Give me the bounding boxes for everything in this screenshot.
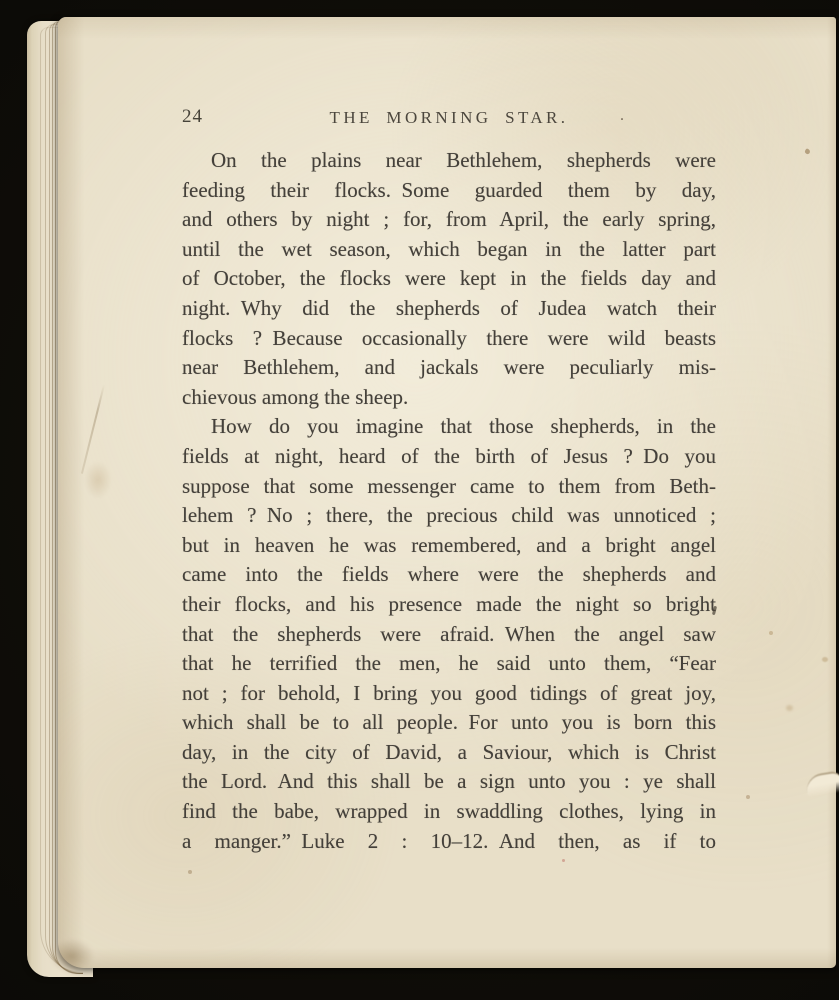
text-line: suppose that some messenger came to them… — [182, 472, 716, 502]
text-line: that the shepherds were afraid. When the… — [182, 620, 716, 650]
text-line: not ; for behold, I bring you good tidin… — [182, 679, 716, 709]
text-line: and others by night ; for, from April, t… — [182, 205, 716, 235]
text-line: day, in the city of David, a Saviour, wh… — [182, 738, 716, 768]
foxing-spot — [786, 705, 793, 711]
paper-stain — [80, 455, 116, 505]
foxing-spot — [188, 870, 192, 874]
paragraph: On the plains near Bethlehem, shepherds … — [182, 146, 716, 412]
text-line: flocks ? Because occasionally there were… — [182, 324, 716, 354]
page-edge-tear — [804, 770, 839, 799]
text-line: chievous among the sheep. — [182, 383, 716, 413]
text-line: of October, the flocks were kept in the … — [182, 264, 716, 294]
foxing-spot — [562, 859, 565, 862]
text-line: their flocks, and his presence made the … — [182, 590, 716, 620]
paragraph: How do you imagine that those shepherds,… — [182, 412, 716, 856]
text-line: night. Why did the shepherds of Judea wa… — [182, 294, 716, 324]
text-line: until the wet season, which began in the… — [182, 235, 716, 265]
foxing-spot — [746, 795, 750, 799]
text-line: but in heaven he was remembered, and a b… — [182, 531, 716, 561]
text-line: lehem ? No ; there, the precious child w… — [182, 501, 716, 531]
text-line: feeding their flocks. Some guarded them … — [182, 176, 716, 206]
text-line: fields at night, heard of the birth of J… — [182, 442, 716, 472]
text-line: find the babe, wrapped in swaddling clot… — [182, 797, 716, 827]
page-header: 24 THE MORNING STAR. . — [182, 105, 716, 127]
text-line: which shall be to all people. For unto y… — [182, 708, 716, 738]
stray-ink-dot: . — [620, 107, 624, 125]
text-line: that he terrified the men, he said unto … — [182, 649, 716, 679]
text-line: How do you imagine that those shepherds,… — [182, 412, 716, 442]
scanned-book-photo: 24 THE MORNING STAR. . On the plains nea… — [0, 0, 839, 1000]
page-content: 24 THE MORNING STAR. . On the plains nea… — [182, 105, 716, 856]
text-line: a manger.” Luke 2 : 10–12. And then, as … — [182, 827, 716, 857]
text-line: On the plains near Bethlehem, shepherds … — [182, 146, 716, 176]
paper-speck — [804, 148, 811, 155]
paper-crease — [81, 384, 105, 474]
running-title: THE MORNING STAR. — [182, 108, 716, 128]
book-page: 24 THE MORNING STAR. . On the plains nea… — [58, 17, 836, 968]
text-line: near Bethlehem, and jackals were peculia… — [182, 353, 716, 383]
text-line: the Lord. And this shall be a sign unto … — [182, 767, 716, 797]
foxing-spot — [822, 657, 828, 662]
text-line: came into the fields where were the shep… — [182, 560, 716, 590]
foxing-spot — [769, 631, 773, 635]
body-text: On the plains near Bethlehem, shepherds … — [182, 146, 716, 856]
